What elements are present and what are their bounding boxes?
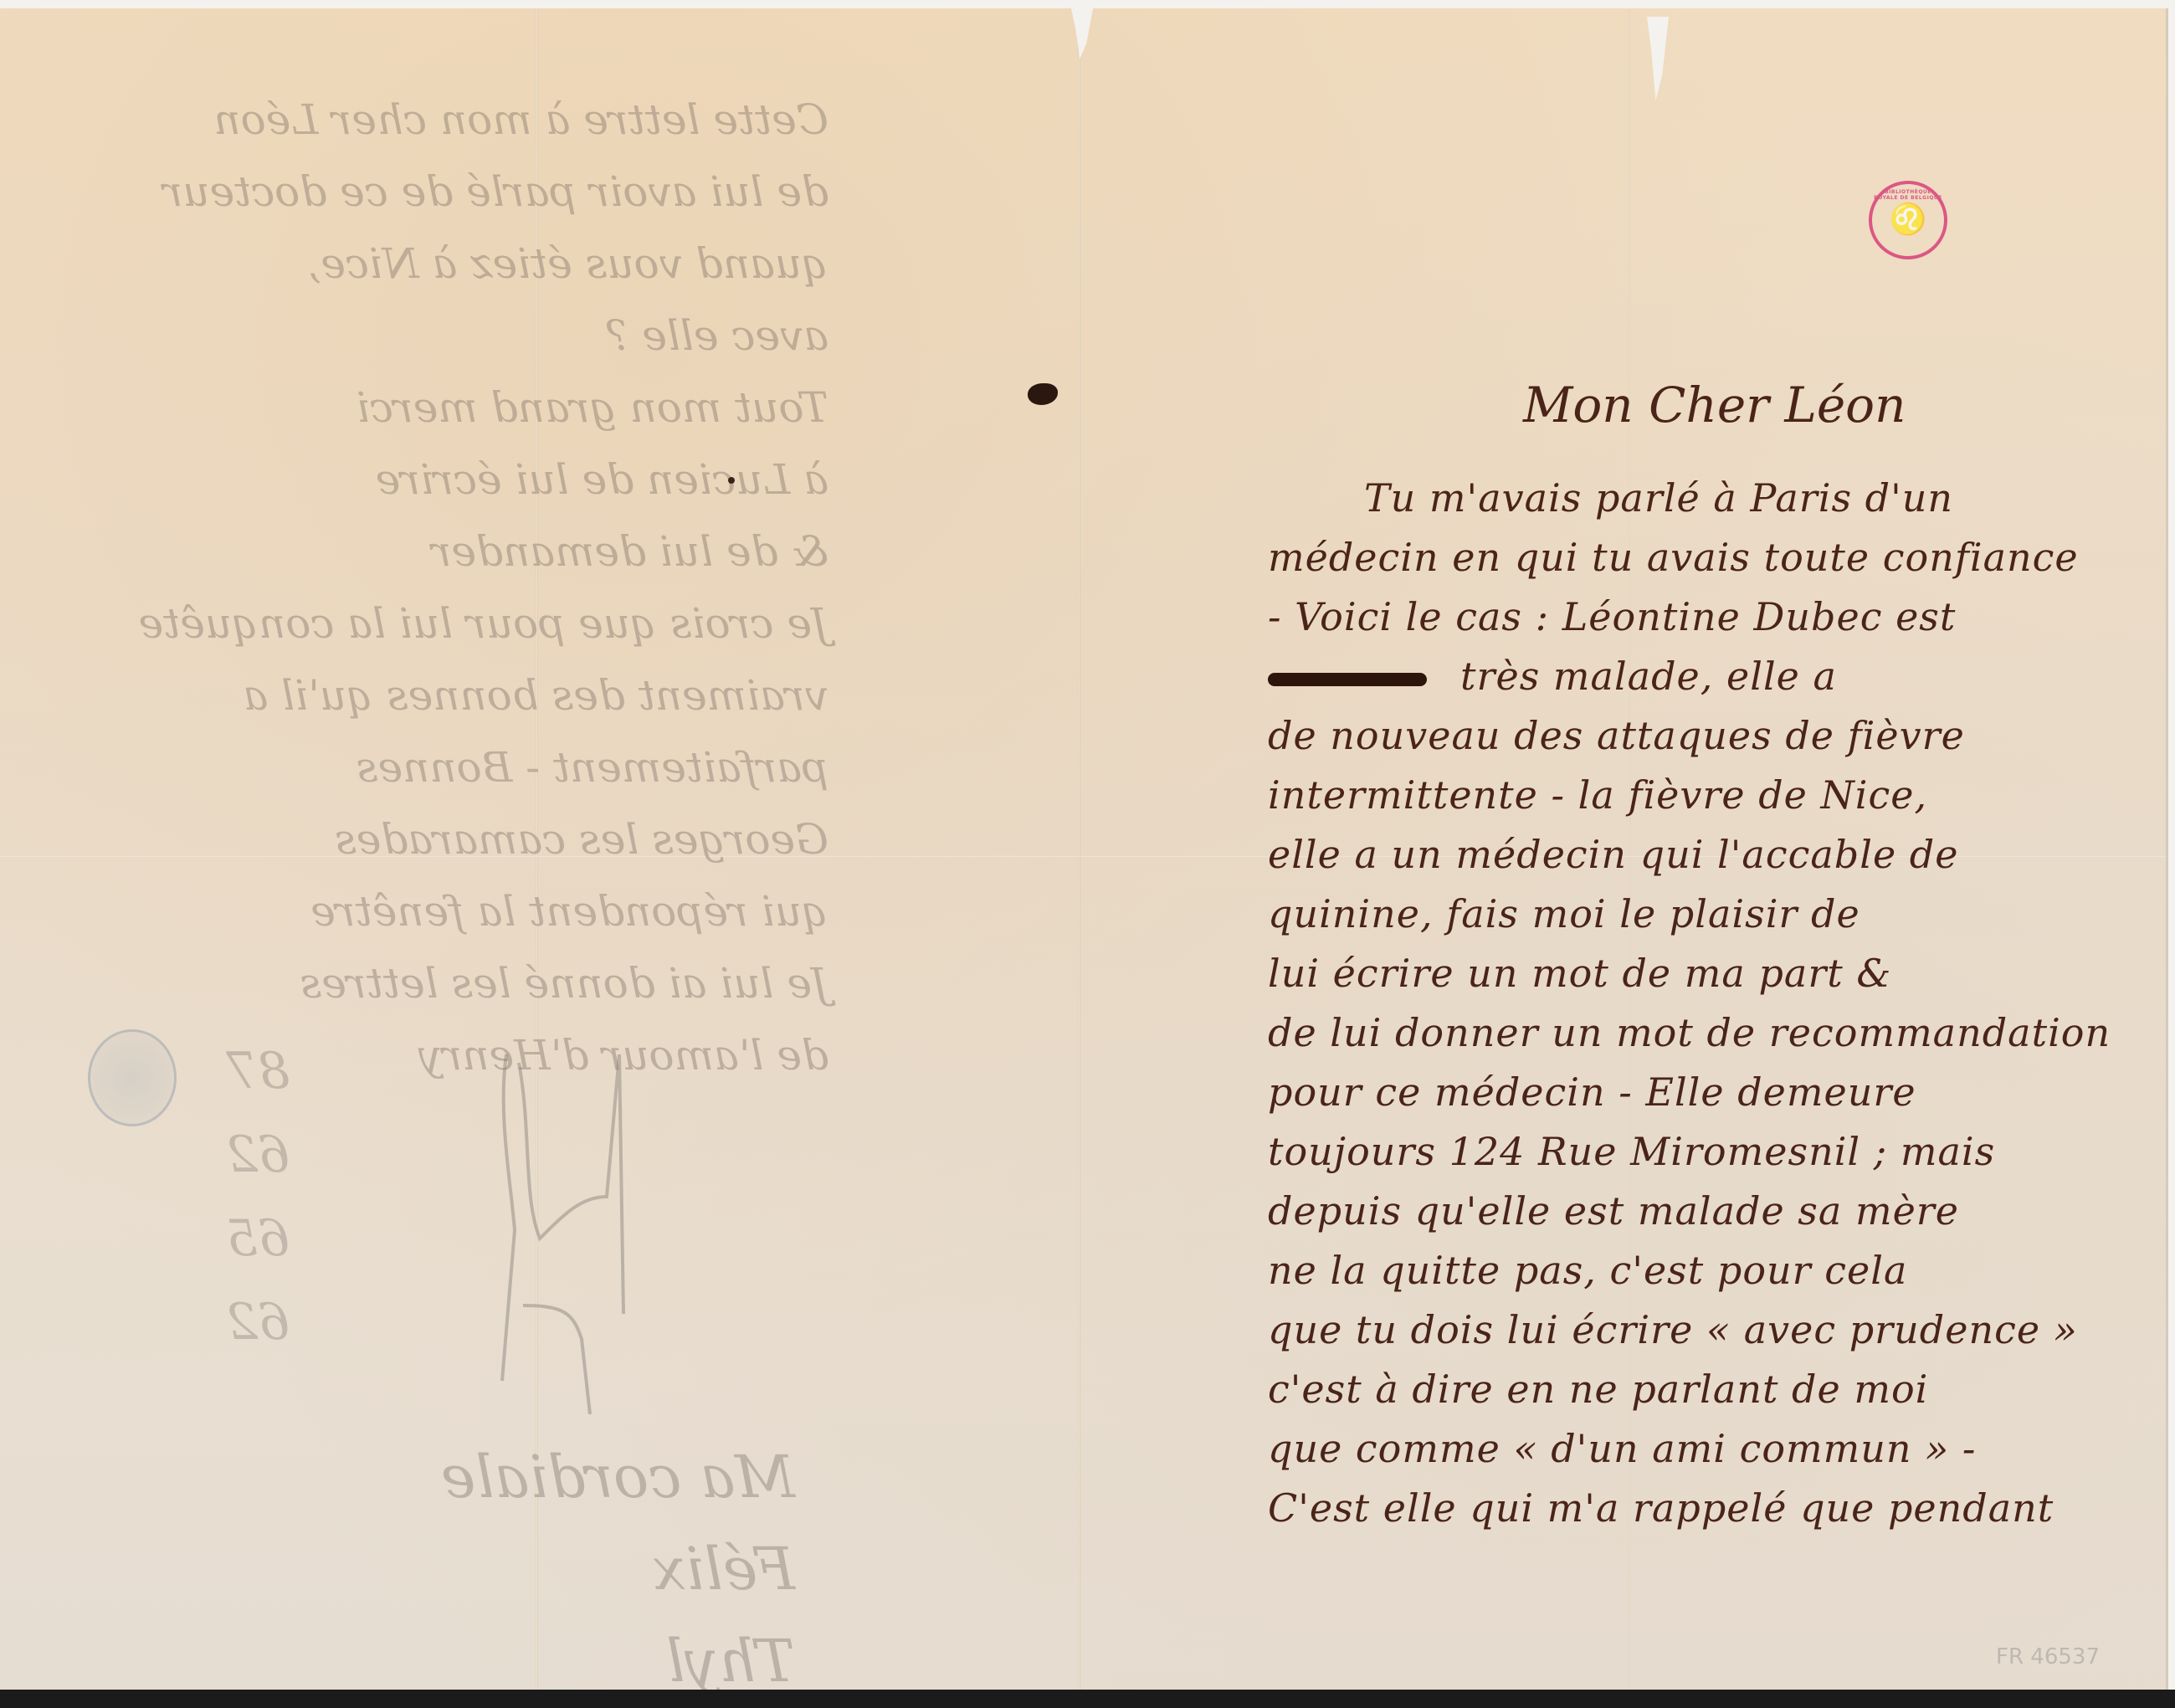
letter-line: toujours 124 Rue Miromesnil ; mais <box>1268 1122 2172 1182</box>
letter-line: de nouveau des attaques de fièvre <box>1268 706 2172 766</box>
letter-line: C'est elle qui m'a rappelé que pendant <box>1268 1479 2172 1538</box>
bleed-line: à Lucien de lui écrire <box>50 444 828 515</box>
letter-line: lui écrire un mot de ma part & <box>1268 944 2172 1003</box>
bleed-line: de lui avoir parlé de ce docteur <box>50 156 828 228</box>
letter-line: médecin en qui tu avais toute confiance <box>1268 528 2172 587</box>
letter-line-text: très malade, elle a <box>1460 654 1837 699</box>
bleed-line: Georges les camarades <box>50 803 828 875</box>
bleed-line: avec elle ? <box>50 300 828 372</box>
bleed-number: 87 <box>226 1029 290 1113</box>
letter-line: quinine, fais moi le plaisir de <box>1268 885 2172 944</box>
bleed-line: Tout mon grand merci <box>50 372 828 444</box>
lion-emblem-icon: ♌ <box>1890 205 1927 235</box>
letter-line: depuis qu'elle est malade sa mère <box>1268 1182 2172 1241</box>
bleed-line: Je lui ai donné les lettres <box>50 947 828 1019</box>
bleed-line: quand vous étiez à Nice, <box>50 228 828 300</box>
salutation: Mon Cher Léon <box>1523 377 1906 433</box>
letter-line: que tu dois lui écrire « avec prudence » <box>1268 1300 2172 1360</box>
letter-sheet: Cette lettre à mon cher Léon de lui avoi… <box>0 8 2168 1690</box>
letter-lines: Tu m'avais parlé à Paris d'un médecin en… <box>1268 469 2172 1538</box>
faded-blue-stamp-icon <box>88 1029 177 1126</box>
stamp-text: BIBLIOTHÈQUE ROYALE DE BELGIQUE <box>1872 189 1944 201</box>
bleed-line: vraiment des bonnes qu'il a <box>50 659 828 731</box>
bleed-line: Je crois que pour lui la conquête <box>50 587 828 659</box>
scan-bottom-edge <box>0 1690 2175 1708</box>
letter-line: c'est à dire en ne parlant de moi <box>1268 1360 2172 1419</box>
center-fold <box>1078 8 1080 1690</box>
bleed-line: qui répondent la fenêtre <box>50 875 828 947</box>
struck-out-word <box>1268 673 1427 686</box>
ink-dot <box>728 477 735 484</box>
bleed-through-signature: Ma cordiale Félix Thyl <box>126 1431 795 1707</box>
library-stamp: BIBLIOTHÈQUE ROYALE DE BELGIQUE ♌ <box>1869 181 1947 259</box>
bleed-number: 65 <box>226 1197 290 1280</box>
bleed-number: 62 <box>226 1280 290 1364</box>
letter-line: que comme « d'un ami commun » - <box>1268 1419 2172 1479</box>
bleed-sig-line: Félix <box>126 1523 795 1615</box>
bleed-line: & de lui demander <box>50 515 828 587</box>
letter-line-with-strike: très malade, elle a <box>1268 647 2172 706</box>
bleed-number: 62 <box>226 1113 290 1197</box>
bleed-through-text: Cette lettre à mon cher Léon de lui avoi… <box>50 84 828 1091</box>
archive-mark: FR 46537 <box>1996 1644 2100 1670</box>
bleed-through-numbers: 87 62 65 62 <box>226 1029 290 1364</box>
letter-line: elle a un médecin qui l'accable de <box>1268 825 2172 885</box>
letter-line: Tu m'avais parlé à Paris d'un <box>1268 469 2172 528</box>
letter-line: de lui donner un mot de recommandation <box>1268 1003 2172 1063</box>
letter-line: - Voici le cas : Léontine Dubec est <box>1268 587 2172 647</box>
bleed-line: parfaitement - Bonnes <box>50 731 828 803</box>
letter-line: pour ce médecin - Elle demeure <box>1268 1063 2172 1122</box>
pencil-sketch-icon <box>473 946 657 1414</box>
bleed-line: Cette lettre à mon cher Léon <box>50 84 828 156</box>
letter-line: intermittente - la fièvre de Nice, <box>1268 766 2172 825</box>
letter-line: ne la quitte pas, c'est pour cela <box>1268 1241 2172 1300</box>
bleed-sig-line: Ma cordiale <box>126 1431 795 1523</box>
